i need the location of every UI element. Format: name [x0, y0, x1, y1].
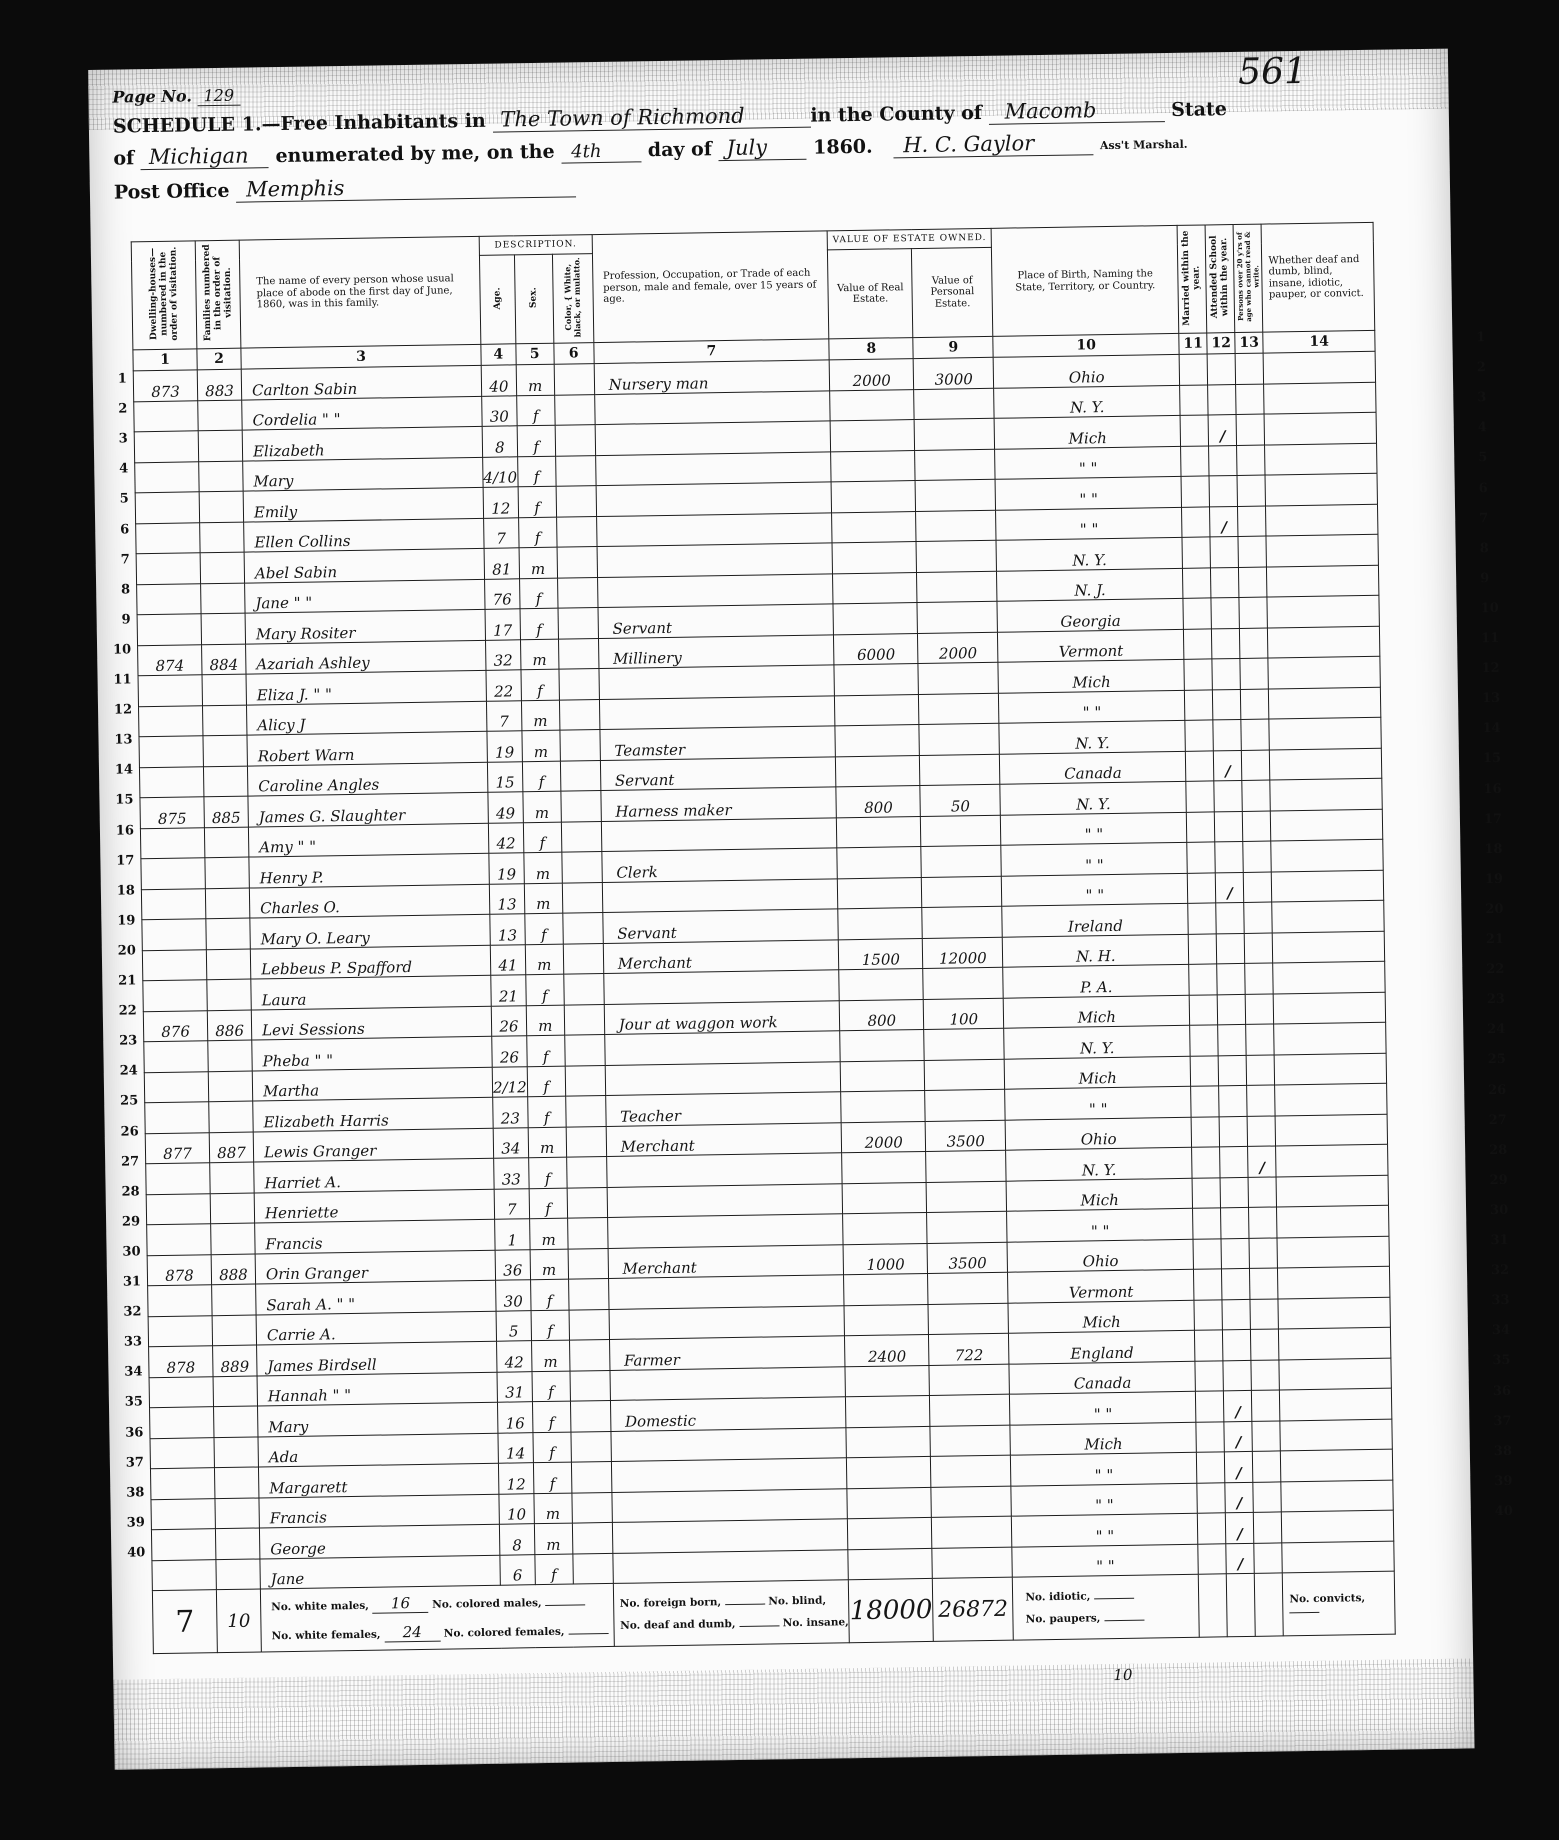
- married-mark: [1184, 629, 1212, 660]
- person-occupation: Nursery man: [594, 360, 830, 394]
- real-estate-value: [842, 1182, 926, 1214]
- census-sheet: 561 Page No. 129 SCHEDULE 1.—Free Inhabi…: [88, 49, 1475, 1770]
- school-mark: [1220, 1147, 1248, 1178]
- dwelling-number: [147, 1224, 211, 1256]
- deaf-dumb-value: [739, 1626, 779, 1628]
- person-name: Caroline Angles: [247, 762, 487, 796]
- birthplace: " ": [1012, 1514, 1198, 1547]
- birthplace: Vermont: [1008, 1270, 1194, 1303]
- post-office-value: Memphis: [236, 172, 576, 202]
- illiterate-mark: [1254, 1543, 1282, 1574]
- birthplace: Canada: [1009, 1361, 1195, 1394]
- line-number-left: 37: [116, 1455, 144, 1470]
- school-mark: [1214, 781, 1242, 812]
- col-number: 8: [829, 338, 913, 360]
- married-mark: [1187, 812, 1215, 843]
- person-name: Jane: [260, 1555, 500, 1589]
- line-number-right: 29: [1489, 1172, 1519, 1187]
- real-estate-value: [847, 1457, 931, 1489]
- personal-estate-value: [915, 480, 995, 512]
- person-color: [562, 882, 602, 913]
- married-mark: [1183, 568, 1211, 599]
- birthplace: Mich: [994, 416, 1180, 449]
- dwelling-number: [137, 584, 201, 616]
- real-estate-value: [848, 1518, 932, 1550]
- line-number-right: 32: [1491, 1263, 1521, 1278]
- person-color: [565, 1065, 605, 1096]
- family-number: [214, 1406, 258, 1437]
- birthplace: Georgia: [997, 599, 1183, 632]
- family-number: [203, 735, 247, 766]
- dwelling-number: [149, 1377, 213, 1409]
- school-mark: [1213, 689, 1241, 720]
- person-color: [567, 1218, 607, 1249]
- family-number: [203, 766, 247, 797]
- school-mark: [1217, 994, 1245, 1025]
- person-name: Elizabeth Harris: [253, 1098, 493, 1132]
- line-number-left: 3: [100, 432, 128, 447]
- married-mark: [1191, 1086, 1219, 1117]
- col-infirmity-header: Whether deaf and dumb, blind, insane, id…: [1261, 222, 1375, 332]
- col-age-header: Age.: [479, 255, 515, 345]
- dwelling-number: [145, 1102, 209, 1134]
- birthplace: " ": [996, 507, 1182, 540]
- real-estate-value: [830, 389, 914, 421]
- birthplace: Canada: [1000, 751, 1186, 784]
- illiterate-mark: [1237, 445, 1265, 476]
- married-mark: [1196, 1422, 1224, 1453]
- family-number: [201, 613, 245, 644]
- married-mark: [1197, 1452, 1225, 1483]
- personal-estate-value: 3000: [913, 358, 993, 390]
- family-number: [199, 491, 243, 522]
- birthplace: Vermont: [998, 629, 1184, 662]
- person-sex: f: [519, 578, 557, 609]
- person-name: Carlton Sabin: [241, 366, 481, 400]
- birthplace: N. H.: [1003, 934, 1189, 967]
- colored-females-value: [568, 1633, 608, 1635]
- dwelling-number: [139, 736, 203, 768]
- person-color: [556, 486, 596, 517]
- real-estate-value: [838, 877, 922, 909]
- marshal-label: Ass't Marshal.: [1100, 138, 1188, 152]
- line-number-left: 22: [109, 1003, 137, 1018]
- line-number-left: 28: [112, 1184, 140, 1199]
- person-age: 76: [485, 579, 520, 610]
- paupers-label: No. paupers,: [1026, 1613, 1101, 1626]
- infirmity: [1275, 1114, 1387, 1146]
- personal-estate-value: [918, 663, 998, 695]
- person-age: 7: [486, 701, 521, 732]
- birthplace: Ohio: [993, 355, 1179, 388]
- line-number-right: 10: [1481, 601, 1511, 616]
- infirmity: [1278, 1297, 1390, 1329]
- real-estate-value: [836, 755, 920, 787]
- infirmity: [1279, 1328, 1391, 1360]
- birthplace: N. Y.: [994, 385, 1180, 418]
- married-mark: [1194, 1300, 1222, 1331]
- dwelling-number: 873: [133, 370, 197, 402]
- col-color-header: Color, { White, black, or mulatto.: [552, 254, 593, 344]
- line-number-right: 40: [1495, 1504, 1525, 1519]
- person-occupation: Teacher: [605, 1092, 841, 1126]
- school-mark: [1211, 598, 1239, 629]
- person-age: 30: [496, 1280, 531, 1311]
- person-color: [563, 943, 603, 974]
- person-name: George: [259, 1525, 499, 1559]
- school-total-note: 10: [1113, 1666, 1132, 1684]
- person-occupation: [609, 1306, 845, 1340]
- real-estate-value: [841, 1091, 925, 1123]
- dwelling-number: [151, 1499, 215, 1531]
- illiterate-mark: [1244, 902, 1272, 933]
- dwelling-number: [151, 1529, 215, 1561]
- real-estate-value: [845, 1365, 929, 1397]
- school-mark: [1207, 354, 1235, 385]
- dwelling-number: [138, 675, 202, 707]
- illiterate-mark: [1253, 1451, 1281, 1482]
- person-occupation: Servant: [598, 604, 834, 638]
- col-number: 12: [1207, 333, 1235, 354]
- person-color: [557, 577, 597, 608]
- personal-estate-value: [931, 1456, 1011, 1488]
- col-dwelling-header: Dwelling-houses—numbered in the order of…: [131, 241, 197, 350]
- real-estate-value: [837, 847, 921, 879]
- person-sex: f: [530, 1279, 568, 1310]
- infirmity: [1276, 1175, 1388, 1207]
- school-mark: [1210, 537, 1238, 568]
- school-mark: [1219, 1116, 1247, 1147]
- line-number-left: 9: [103, 612, 131, 627]
- col-number: 1: [133, 349, 197, 371]
- person-age: 33: [494, 1158, 529, 1189]
- person-name: Laura: [251, 976, 491, 1010]
- illiterate-mark: [1252, 1421, 1280, 1452]
- real-estate-total: 18000: [849, 1579, 934, 1643]
- family-number: [214, 1467, 258, 1498]
- line-number-right: 1: [1476, 330, 1506, 345]
- person-color: [560, 730, 600, 761]
- real-estate-value: 1000: [843, 1243, 927, 1275]
- dwellings-tally: 7: [152, 1590, 217, 1654]
- person-age: 32: [486, 640, 521, 671]
- person-sex: f: [533, 1432, 571, 1463]
- line-number-right: 37: [1493, 1413, 1523, 1428]
- real-estate-value: [835, 725, 919, 757]
- school-mark: [1221, 1238, 1249, 1269]
- person-name: Carrie A.: [256, 1311, 496, 1345]
- married-mark: [1189, 995, 1217, 1026]
- person-age: 1: [495, 1219, 530, 1250]
- real-estate-value: 800: [840, 999, 924, 1031]
- person-age: 49: [488, 792, 523, 823]
- illiterate-mark: [1246, 1024, 1274, 1055]
- person-occupation: [602, 879, 838, 913]
- person-occupation: [605, 1062, 841, 1096]
- white-males-value: 16: [372, 1594, 428, 1614]
- line-number-left: 27: [111, 1154, 139, 1169]
- person-age: 41: [490, 945, 525, 976]
- infirmity: [1267, 565, 1379, 597]
- birthplace: Mich: [1008, 1300, 1194, 1333]
- person-sex: f: [521, 670, 559, 701]
- family-number: [200, 552, 244, 583]
- school-mark: [1223, 1330, 1251, 1361]
- scan-noise-bottom: [113, 1658, 1474, 1769]
- line-number-left: 13: [104, 733, 132, 748]
- line-number-right: 13: [1482, 691, 1512, 706]
- personal-estate-value: [926, 1181, 1006, 1213]
- county-label: in the County of: [810, 102, 982, 127]
- col-number: 14: [1263, 331, 1375, 354]
- personal-estate-value: [931, 1486, 1011, 1518]
- line-number-left: 14: [105, 763, 133, 778]
- line-number-right: 11: [1481, 631, 1511, 646]
- personal-estate-value: [919, 693, 999, 725]
- birthplace: N. Y.: [1004, 1026, 1190, 1059]
- illiterate-mark: [1242, 780, 1270, 811]
- schedule-label: SCHEDULE 1.—Free Inhabitants in: [113, 110, 486, 138]
- state-value: Michigan: [141, 143, 269, 170]
- personal-estate-value: [914, 419, 994, 451]
- person-age: 19: [489, 853, 524, 884]
- illiterate-mark: [1249, 1207, 1277, 1238]
- line-number-right: 16: [1483, 781, 1513, 796]
- person-occupation: [596, 482, 832, 516]
- person-name: Alicy J: [246, 701, 486, 735]
- married-mark: [1192, 1147, 1220, 1178]
- dwelling-number: [136, 523, 200, 555]
- person-color: [572, 1523, 612, 1554]
- school-mark: /: [1226, 1513, 1254, 1544]
- line-number-right: 2: [1477, 360, 1507, 375]
- personal-estate-value: [922, 876, 1002, 908]
- line-number-right: 33: [1491, 1293, 1521, 1308]
- school-mark: [1212, 659, 1240, 690]
- family-number: [215, 1528, 259, 1559]
- person-color: [571, 1462, 611, 1493]
- infirmity: [1268, 657, 1380, 689]
- col-number: 10: [993, 334, 1179, 358]
- idiotic-value: [1094, 1598, 1134, 1600]
- person-occupation: [611, 1458, 847, 1492]
- dwelling-number: [139, 767, 203, 799]
- line-number-left: 38: [116, 1485, 144, 1500]
- person-occupation: Farmer: [609, 1336, 845, 1370]
- real-estate-value: [838, 908, 922, 940]
- school-mark: [1218, 1025, 1246, 1056]
- person-sex: m: [530, 1249, 568, 1280]
- person-name: Mary: [243, 457, 483, 491]
- real-estate-value: [831, 481, 915, 513]
- birthplace: " ": [1007, 1209, 1193, 1242]
- person-age: 4/10: [483, 457, 518, 488]
- married-mark: [1190, 1025, 1218, 1056]
- dwelling-number: [135, 492, 199, 524]
- family-number: [211, 1223, 255, 1254]
- illiterate-mark: [1238, 536, 1266, 567]
- family-number: [215, 1498, 259, 1529]
- dwelling-number: [148, 1316, 212, 1348]
- person-color: [569, 1309, 609, 1340]
- school-mark: /: [1224, 1391, 1252, 1422]
- married-mark: [1183, 598, 1211, 629]
- married-mark: [1188, 873, 1216, 904]
- person-age: 7: [494, 1189, 529, 1220]
- infirmity: [1264, 413, 1376, 445]
- personal-estate-value: [922, 907, 1002, 939]
- person-color: [558, 608, 598, 639]
- person-name: Francis: [259, 1494, 499, 1528]
- dwelling-number: [142, 919, 206, 951]
- dwelling-number: [139, 706, 203, 738]
- real-estate-value: [833, 572, 917, 604]
- col-name-header: The name of every person whose usual pla…: [239, 236, 481, 348]
- dwelling-number: 878: [147, 1255, 211, 1287]
- school-mark: [1216, 903, 1244, 934]
- dwelling-number: [134, 401, 198, 433]
- illiterate-mark: [1254, 1512, 1282, 1543]
- person-color: [559, 669, 599, 700]
- person-name: Lewis Granger: [253, 1128, 493, 1162]
- illiterate-mark: [1245, 994, 1273, 1025]
- illiterate-mark: [1244, 872, 1272, 903]
- col-number: 9: [913, 337, 993, 359]
- person-color: [573, 1553, 613, 1584]
- personal-estate-value: [925, 1090, 1005, 1122]
- infirmity: [1282, 1511, 1394, 1543]
- birthplace: N. Y.: [996, 538, 1182, 571]
- birthplace: Mich: [1006, 1178, 1192, 1211]
- estate-group-header: VALUE OF ESTATE OWNED.: [827, 228, 991, 250]
- person-name: Mary O. Leary: [250, 915, 490, 949]
- line-number-right: 28: [1489, 1142, 1519, 1157]
- illiterate-mark: [1241, 689, 1269, 720]
- infirmity: [1269, 687, 1381, 719]
- family-number: [202, 705, 246, 736]
- summary-idiotic-paupers: No. idiotic, No. paupers,: [1013, 1575, 1200, 1641]
- family-number: [212, 1315, 256, 1346]
- illiterate-mark: [1242, 750, 1270, 781]
- line-number-right: 5: [1478, 450, 1508, 465]
- person-age: 14: [498, 1433, 533, 1464]
- person-age: 22: [486, 670, 521, 701]
- person-occupation: Domestic: [610, 1397, 846, 1431]
- school-mark: [1220, 1177, 1248, 1208]
- family-number: [209, 1101, 253, 1132]
- real-estate-value: 800: [836, 786, 920, 818]
- day-value: 4th: [561, 140, 641, 163]
- person-sex: m: [516, 365, 554, 396]
- person-occupation: Millinery: [598, 635, 834, 669]
- dwelling-number: 877: [145, 1133, 209, 1165]
- illiterate-mark: [1245, 963, 1273, 994]
- person-sex: m: [528, 1127, 566, 1158]
- line-number-right: 38: [1494, 1443, 1524, 1458]
- person-occupation: Merchant: [606, 1123, 842, 1157]
- line-number-left: 26: [111, 1124, 139, 1139]
- birthplace: " ": [1011, 1453, 1197, 1486]
- white-females-label: No. white females,: [272, 1629, 381, 1643]
- person-occupation: [595, 421, 831, 455]
- page-number-line: Page No. 129: [112, 86, 240, 107]
- personal-estate-value: [929, 1364, 1009, 1396]
- person-sex: m: [524, 883, 562, 914]
- dwelling-number: 874: [138, 645, 202, 677]
- person-color: [568, 1279, 608, 1310]
- married-mark: [1185, 720, 1213, 751]
- school-mark: [1209, 476, 1237, 507]
- married-mark: [1190, 1056, 1218, 1087]
- married-total: [1199, 1574, 1228, 1637]
- dwelling-number: [141, 858, 205, 890]
- family-number: [204, 827, 248, 858]
- line-number-right: 36: [1493, 1383, 1523, 1398]
- illiterate-mark: [1239, 597, 1267, 628]
- real-estate-value: [839, 969, 923, 1001]
- dwelling-number: 878: [149, 1346, 213, 1378]
- person-name: Henriette: [254, 1189, 494, 1223]
- person-age: 26: [492, 1036, 527, 1067]
- person-occupation: Harness maker: [601, 787, 837, 821]
- married-mark: [1180, 415, 1208, 446]
- infirmity: [1277, 1206, 1389, 1238]
- dwelling-number: [148, 1285, 212, 1317]
- infirmity: [1272, 931, 1384, 963]
- real-estate-value: 6000: [834, 633, 918, 665]
- real-estate-value: [832, 511, 916, 543]
- line-number-right: 4: [1478, 420, 1508, 435]
- dwelling-number: [144, 1041, 208, 1073]
- person-occupation: [599, 696, 835, 730]
- person-sex: f: [527, 1066, 565, 1097]
- school-mark: [1222, 1299, 1250, 1330]
- person-sex: f: [524, 913, 562, 944]
- personal-estate-value: [917, 571, 997, 603]
- line-number-left: 8: [102, 582, 130, 597]
- person-sex: f: [522, 761, 560, 792]
- infirmity: [1268, 626, 1380, 658]
- family-number: [199, 461, 243, 492]
- dwelling-number: [150, 1468, 214, 1500]
- person-sex: m: [534, 1523, 572, 1554]
- dwelling-number: [150, 1407, 214, 1439]
- school-mark: /: [1225, 1452, 1253, 1483]
- birthplace: " ": [995, 446, 1181, 479]
- col-occupation-header: Profession, Occupation, or Trade of each…: [592, 231, 829, 343]
- person-sex: f: [516, 395, 554, 426]
- foreign-born-label: No. foreign born,: [620, 1597, 721, 1611]
- personal-estate-value: [928, 1303, 1008, 1335]
- family-number: 886: [207, 1010, 251, 1041]
- person-sex: m: [519, 548, 557, 579]
- birthplace: " ": [1001, 843, 1187, 876]
- person-color: [562, 852, 602, 883]
- personal-estate-value: [916, 510, 996, 542]
- family-number: [210, 1162, 254, 1193]
- married-mark: [1184, 659, 1212, 690]
- married-mark: [1198, 1544, 1226, 1575]
- person-name: James Birdsell: [257, 1342, 497, 1376]
- person-occupation: [597, 574, 833, 608]
- illiterate-mark: [1253, 1482, 1281, 1513]
- person-occupation: Jour at waggon work: [604, 1001, 840, 1035]
- illiterate-mark: [1240, 628, 1268, 659]
- personal-estate-value: [916, 541, 996, 573]
- person-occupation: Merchant: [608, 1245, 844, 1279]
- person-color: [562, 913, 602, 944]
- person-age: 40: [481, 365, 516, 396]
